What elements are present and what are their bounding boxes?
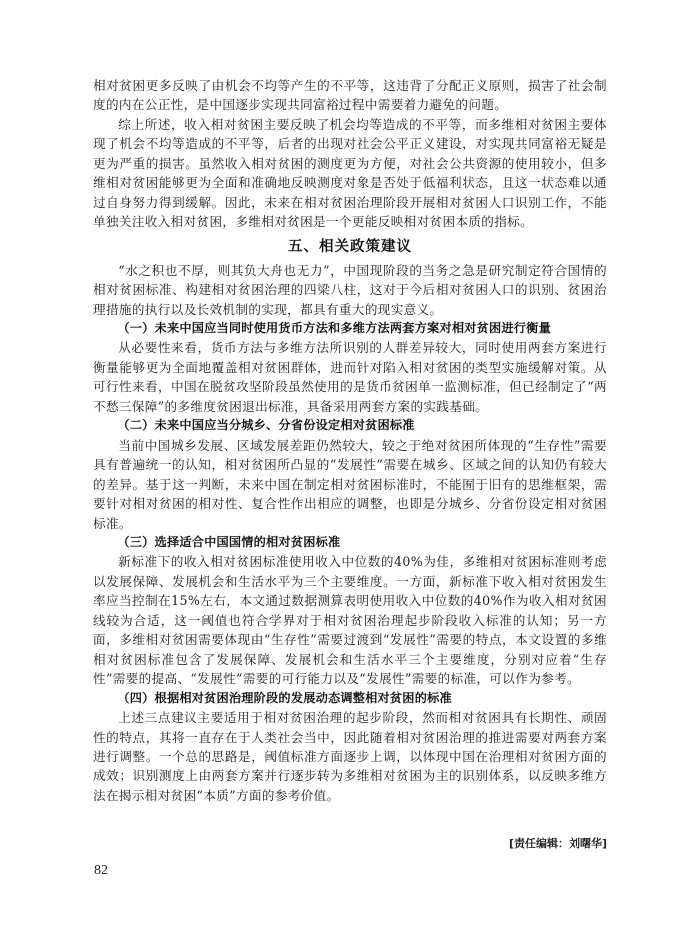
section-title: 五、相关政策建议 <box>93 236 607 258</box>
editor-credit: [责任编辑：刘曙华] <box>93 835 607 853</box>
subsection-title: （二）未来中国应当分城乡、分省份设定相对贫困标准 <box>93 416 607 435</box>
section-lead-paragraph: “水之积也不厚，则其负大舟也无力”，中国现阶段的当务之急是研究制定符合国情的相对… <box>93 261 607 319</box>
subsection-title: （三）选择适合中国国情的相对贫困标准 <box>93 533 607 552</box>
intro-paragraph-1: 相对贫困更多反映了由机会不均等产生的不平等，这违背了分配正义原则，损害了社会制度… <box>93 76 607 115</box>
subsection-paragraph: 从必要性来看，货币方法与多维方法所识别的人群差异较大，同时使用两套方案进行衡量能… <box>93 338 607 416</box>
subsection-paragraph: 上述三点建议主要适用于相对贫困治理的起步阶段，然而相对贫困具有长期性、顽固性的特… <box>93 708 607 805</box>
subsection-3: （三）选择适合中国国情的相对贫困标准 新标准下的收入相对贫困标准使用收入中位数的… <box>93 533 607 689</box>
subsection-title: （一）未来中国应当同时使用货币方法和多维方法两套方案对相对贫困进行衡量 <box>93 319 607 338</box>
subsection-2: （二）未来中国应当分城乡、分省份设定相对贫困标准 当前中国城乡发展、区域发展差距… <box>93 416 607 533</box>
subsection-title: （四）根据相对贫困治理阶段的发展动态调整相对贫困的标准 <box>93 689 607 708</box>
subsection-paragraph: 新标准下的收入相对贫困标准使用收入中位数的40%为佳，多维相对贫困标准则考虑以发… <box>93 552 607 688</box>
subsection-paragraph: 当前中国城乡发展、区域发展差距仍然较大，较之于绝对贫困所体现的“生存性”需要具有… <box>93 436 607 533</box>
page-number: 82 <box>94 863 108 879</box>
subsection-1: （一）未来中国应当同时使用货币方法和多维方法两套方案对相对贫困进行衡量 从必要性… <box>93 319 607 416</box>
subsection-4: （四）根据相对贫困治理阶段的发展动态调整相对贫困的标准 上述三点建议主要适用于相… <box>93 689 607 806</box>
intro-paragraph-2: 综上所述，收入相对贫困主要反映了机会均等造成的不平等，而多维相对贫困主要体现了机… <box>93 115 607 232</box>
article-body: 相对贫困更多反映了由机会不均等产生的不平等，这违背了分配正义原则，损害了社会制度… <box>93 76 607 853</box>
